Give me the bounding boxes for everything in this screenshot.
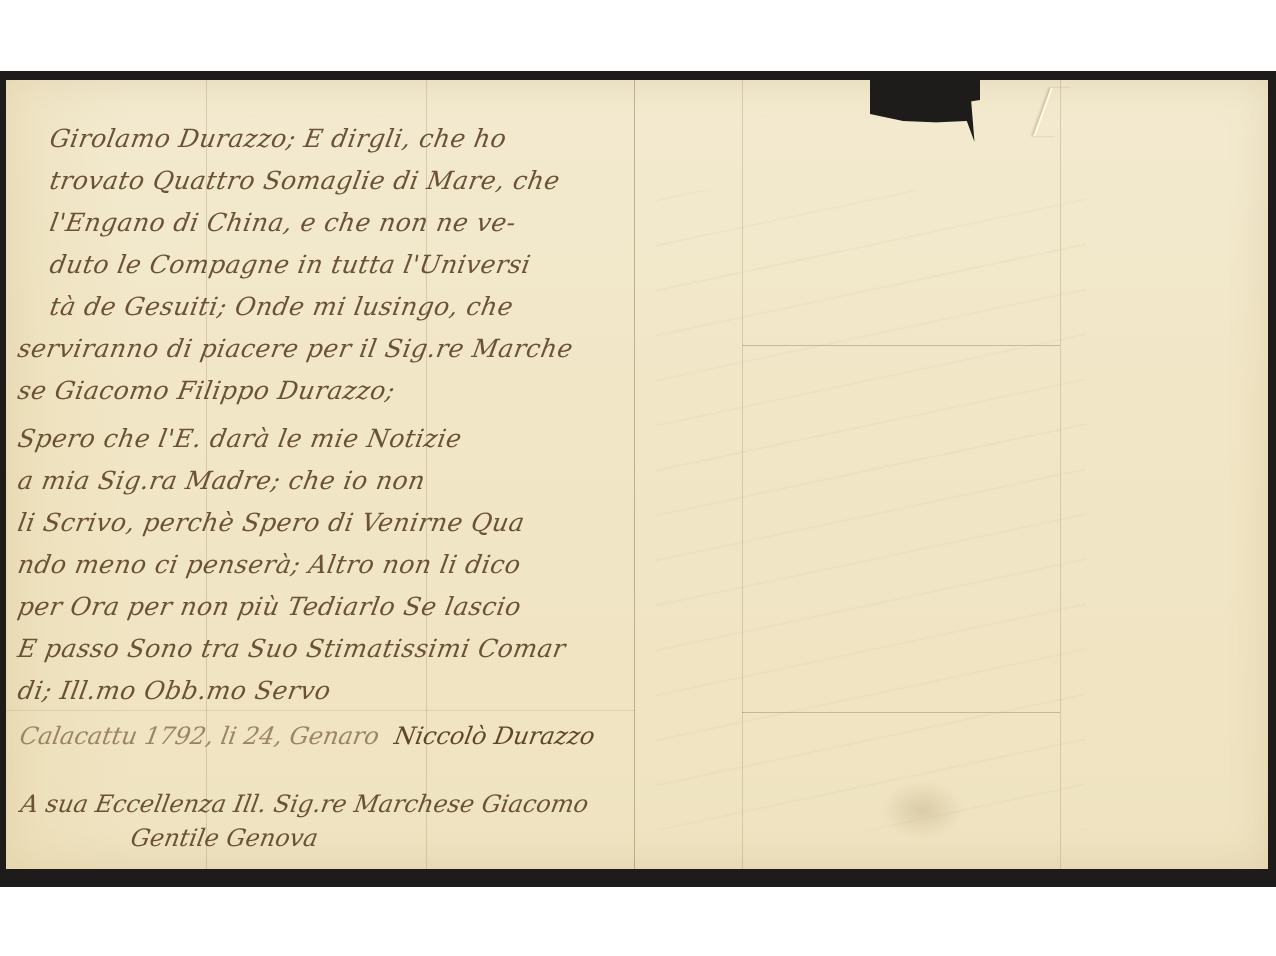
letter-line: serviranno di piacere per il Sig.re Marc…: [14, 328, 641, 370]
wax-seal-stain: [880, 780, 965, 840]
letter-line: a mia Sig.ra Madre; che io non: [14, 460, 641, 502]
dateline: Calacattu 1792, li 24, Genaro Niccolò Du…: [18, 722, 598, 750]
letter-line: di; Ill.mo Obb.mo Servo: [14, 670, 641, 712]
letter-line: duto le Compagne in tutta l'Universi: [14, 244, 641, 286]
letter-line: per Ora per non più Tediarlo Se lascio: [14, 586, 641, 628]
letter-line: se Giacomo Filippo Durazzo;: [14, 370, 641, 412]
letter-line: l'Engano di China, e che non ne ve-: [14, 202, 641, 244]
letter-line: Spero che l'E. darà le mie Notizie: [14, 418, 641, 460]
signature: Niccolò Durazzo: [392, 722, 597, 750]
letter-line: trovato Quattro Somaglie di Mare, che: [14, 160, 641, 202]
letter-body: Girolamo Durazzo; E dirgli, che ho trova…: [18, 118, 638, 712]
address-line-1: A sua Eccellenza Ill. Sig.re Marchese Gi…: [19, 790, 591, 818]
address-line-2: Gentile Genova: [13, 824, 585, 852]
address-block: A sua Eccellenza Ill. Sig.re Marchese Gi…: [13, 790, 591, 852]
place-and-date: Calacattu 1792, li 24, Genaro: [18, 722, 382, 750]
letter-line: tà de Gesuiti; Onde mi lusingo, che: [14, 286, 641, 328]
letter-line: E passo Sono tra Suo Stimatissimi Comar: [14, 628, 641, 670]
letter-line: ndo meno ci penserà; Altro non li dico: [14, 544, 641, 586]
letter-line: li Scrivo, perchè Spero di Venirne Qua: [14, 502, 641, 544]
ink-bleed-through: [656, 190, 1086, 830]
letter-line: Girolamo Durazzo; E dirgli, che ho: [14, 118, 641, 160]
